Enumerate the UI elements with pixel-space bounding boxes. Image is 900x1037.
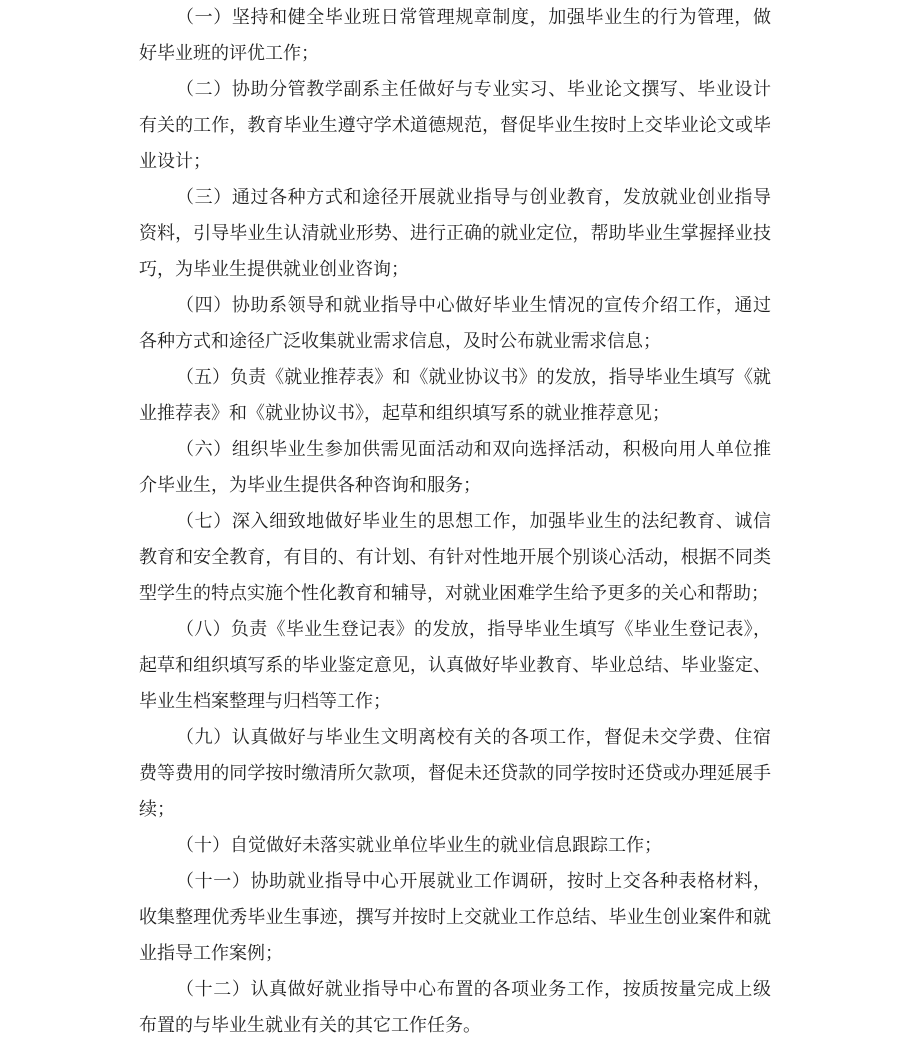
paragraph-line: 好毕业班的评优工作； <box>139 35 771 71</box>
paragraph-5: （五）负责《就业推荐表》和《就业协议书》的发放，指导毕业生填写《就 业推荐表》和… <box>139 359 771 431</box>
paragraph-line: 业指导工作案例； <box>139 935 771 971</box>
paragraph-line: （一）坚持和健全毕业班日常管理规章制度，加强毕业生的行为管理，做 <box>139 0 771 35</box>
paragraph-7: （七）深入细致地做好毕业生的思想工作，加强毕业生的法纪教育、诚信 教育和安全教育… <box>139 503 771 611</box>
paragraph-line: 续； <box>139 791 771 827</box>
paragraph-9: （九）认真做好与毕业生文明离校有关的各项工作，督促未交学费、住宿 费等费用的同学… <box>139 719 771 827</box>
document-page: （一）坚持和健全毕业班日常管理规章制度，加强毕业生的行为管理，做 好毕业班的评优… <box>0 0 900 1037</box>
paragraph-line: 布置的与毕业生就业有关的其它工作任务。 <box>139 1007 771 1037</box>
paragraph-line: （三）通过各种方式和途径开展就业指导与创业教育，发放就业创业指导 <box>139 179 771 215</box>
paragraph-line: 介毕业生，为毕业生提供各种咨询和服务； <box>139 467 771 503</box>
paragraph-line: （十一）协助就业指导中心开展就业工作调研，按时上交各种表格材料， <box>139 863 771 899</box>
paragraph-line: 巧，为毕业生提供就业创业咨询； <box>139 251 771 287</box>
paragraph-4: （四）协助系领导和就业指导中心做好毕业生情况的宣传介绍工作，通过 各种方式和途径… <box>139 287 771 359</box>
document-body: （一）坚持和健全毕业班日常管理规章制度，加强毕业生的行为管理，做 好毕业班的评优… <box>139 0 771 1037</box>
paragraph-line: （五）负责《就业推荐表》和《就业协议书》的发放，指导毕业生填写《就 <box>139 359 771 395</box>
paragraph-line: （九）认真做好与毕业生文明离校有关的各项工作，督促未交学费、住宿 <box>139 719 771 755</box>
paragraph-3: （三）通过各种方式和途径开展就业指导与创业教育，发放就业创业指导 资料，引导毕业… <box>139 179 771 287</box>
paragraph-line: （十二）认真做好就业指导中心布置的各项业务工作，按质按量完成上级 <box>139 971 771 1007</box>
paragraph-line: 教育和安全教育，有目的、有计划、有针对性地开展个别谈心活动，根据不同类 <box>139 539 771 575</box>
paragraph-line: （四）协助系领导和就业指导中心做好毕业生情况的宣传介绍工作，通过 <box>139 287 771 323</box>
paragraph-line: 业推荐表》和《就业协议书》，起草和组织填写系的就业推荐意见； <box>139 395 771 431</box>
paragraph-2: （二）协助分管教学副系主任做好与专业实习、毕业论文撰写、毕业设计 有关的工作，教… <box>139 71 771 179</box>
paragraph-12: （十二）认真做好就业指导中心布置的各项业务工作，按质按量完成上级 布置的与毕业生… <box>139 971 771 1037</box>
paragraph-line: 各种方式和途径广泛收集就业需求信息，及时公布就业需求信息； <box>139 323 771 359</box>
paragraph-line: 有关的工作，教育毕业生遵守学术道德规范，督促毕业生按时上交毕业论文或毕 <box>139 107 771 143</box>
paragraph-line: 收集整理优秀毕业生事迹，撰写并按时上交就业工作总结、毕业生创业案件和就 <box>139 899 771 935</box>
paragraph-1: （一）坚持和健全毕业班日常管理规章制度，加强毕业生的行为管理，做 好毕业班的评优… <box>139 0 771 71</box>
paragraph-line: 毕业生档案整理与归档等工作； <box>139 683 771 719</box>
paragraph-line: （七）深入细致地做好毕业生的思想工作，加强毕业生的法纪教育、诚信 <box>139 503 771 539</box>
paragraph-line: （二）协助分管教学副系主任做好与专业实习、毕业论文撰写、毕业设计 <box>139 71 771 107</box>
paragraph-line: 型学生的特点实施个性化教育和辅导，对就业困难学生给予更多的关心和帮助； <box>139 575 771 611</box>
paragraph-8: （八）负责《毕业生登记表》的发放，指导毕业生填写《毕业生登记表》， 起草和组织填… <box>139 611 771 719</box>
paragraph-6: （六）组织毕业生参加供需见面活动和双向选择活动，积极向用人单位推 介毕业生，为毕… <box>139 431 771 503</box>
paragraph-line: （八）负责《毕业生登记表》的发放，指导毕业生填写《毕业生登记表》， <box>139 611 771 647</box>
paragraph-line: （十）自觉做好未落实就业单位毕业生的就业信息跟踪工作； <box>139 827 771 863</box>
paragraph-line: 起草和组织填写系的毕业鉴定意见，认真做好毕业教育、毕业总结、毕业鉴定、 <box>139 647 771 683</box>
paragraph-10: （十）自觉做好未落实就业单位毕业生的就业信息跟踪工作； <box>139 827 771 863</box>
paragraph-line: 业设计； <box>139 143 771 179</box>
paragraph-11: （十一）协助就业指导中心开展就业工作调研，按时上交各种表格材料， 收集整理优秀毕… <box>139 863 771 971</box>
paragraph-line: （六）组织毕业生参加供需见面活动和双向选择活动，积极向用人单位推 <box>139 431 771 467</box>
paragraph-line: 资料，引导毕业生认清就业形势、进行正确的就业定位，帮助毕业生掌握择业技 <box>139 215 771 251</box>
paragraph-line: 费等费用的同学按时缴清所欠款项，督促未还贷款的同学按时还贷或办理延展手 <box>139 755 771 791</box>
